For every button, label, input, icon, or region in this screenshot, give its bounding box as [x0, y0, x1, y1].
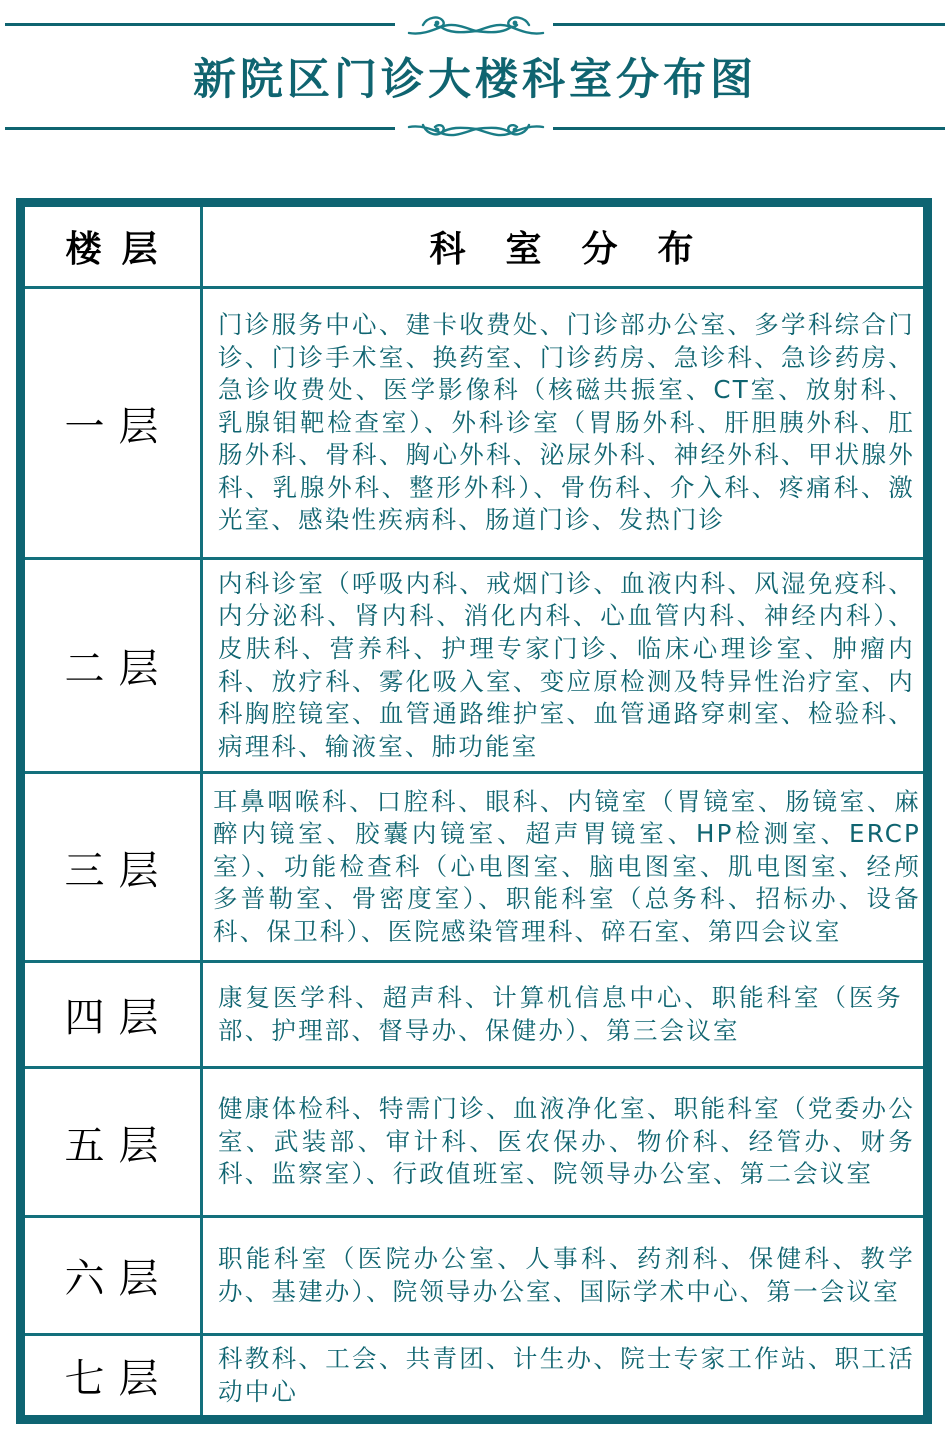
table-row-floor-6: 六层: [25, 1218, 200, 1333]
table-row-floor-2: 二层: [25, 560, 200, 771]
department-table: 楼层 科室分布 一层 门诊服务中心、建卡收费处、门诊部办公室、多学科综合门诊、门…: [16, 198, 932, 1424]
table-row-departments-1: 门诊服务中心、建卡收费处、门诊部办公室、多学科综合门诊、门诊手术室、换药室、门诊…: [203, 289, 923, 557]
floor-label: 四层: [53, 986, 173, 1043]
table-row-departments-5: 健康体检科、特需门诊、血液净化室、职能科室（党委办公室、武装部、审计科、医农保办…: [203, 1069, 923, 1215]
floor-label: 三层: [53, 839, 173, 896]
table-row-floor-3: 三层: [25, 774, 200, 960]
page-title: 新院区门诊大楼科室分布图: [0, 52, 950, 108]
table-row-floor-1: 一层: [25, 289, 200, 557]
bottom-rule-right: [553, 127, 945, 130]
top-rule-right: [553, 23, 945, 26]
table-row-departments-3: 耳鼻咽喉科、口腔科、眼科、内镜室（胃镜室、肠镜室、麻醉内镜室、胶囊内镜室、超声胃…: [203, 774, 923, 960]
table-row-floor-7: 七层: [25, 1336, 200, 1415]
department-list: 职能科室（医院办公室、人事科、药剂科、保健科、教学办、基建办）、院领导办公室、国…: [218, 1243, 915, 1308]
table-grid: 楼层 科室分布 一层 门诊服务中心、建卡收费处、门诊部办公室、多学科综合门诊、门…: [25, 207, 923, 1415]
floor-label: 六层: [53, 1247, 173, 1304]
table-row-departments-4: 康复医学科、超声科、计算机信息中心、职能科室（医务部、护理部、督导办、保健办）、…: [203, 963, 923, 1066]
table-row-floor-5: 五层: [25, 1069, 200, 1215]
scroll-flourish-icon: [401, 115, 551, 143]
department-list: 健康体检科、特需门诊、血液净化室、职能科室（党委办公室、武装部、审计科、医农保办…: [218, 1093, 915, 1191]
header-departments: 科室分布: [218, 221, 915, 272]
floor-label: 五层: [53, 1114, 173, 1171]
header-floor: 楼层: [47, 221, 177, 272]
top-rule-left: [5, 23, 395, 26]
floor-label: 二层: [53, 637, 173, 694]
floor-label: 七层: [53, 1347, 173, 1404]
floor-label: 一层: [53, 395, 173, 452]
department-list: 耳鼻咽喉科、口腔科、眼科、内镜室（胃镜室、肠镜室、麻醉内镜室、胶囊内镜室、超声胃…: [213, 786, 921, 949]
header-departments-cell: 科室分布: [203, 207, 923, 286]
department-list: 科教科、工会、共青团、计生办、院士专家工作站、职工活动中心: [218, 1343, 915, 1408]
bottom-rule-left: [5, 127, 395, 130]
table-row-departments-7: 科教科、工会、共青团、计生办、院士专家工作站、职工活动中心: [203, 1336, 923, 1415]
scroll-flourish-icon: [401, 11, 551, 39]
table-row-departments-6: 职能科室（医院办公室、人事科、药剂科、保健科、教学办、基建办）、院领导办公室、国…: [203, 1218, 923, 1333]
department-list: 内科诊室（呼吸内科、戒烟门诊、血液内科、风湿免疫科、内分泌科、肾内科、消化内科、…: [218, 568, 915, 764]
header-floor-cell: 楼层: [25, 207, 200, 286]
department-list: 门诊服务中心、建卡收费处、门诊部办公室、多学科综合门诊、门诊手术室、换药室、门诊…: [218, 309, 915, 537]
department-list: 康复医学科、超声科、计算机信息中心、职能科室（医务部、护理部、督导办、保健办）、…: [218, 982, 903, 1047]
table-row-floor-4: 四层: [25, 963, 200, 1066]
table-row-departments-2: 内科诊室（呼吸内科、戒烟门诊、血液内科、风湿免疫科、内分泌科、肾内科、消化内科、…: [203, 560, 923, 771]
